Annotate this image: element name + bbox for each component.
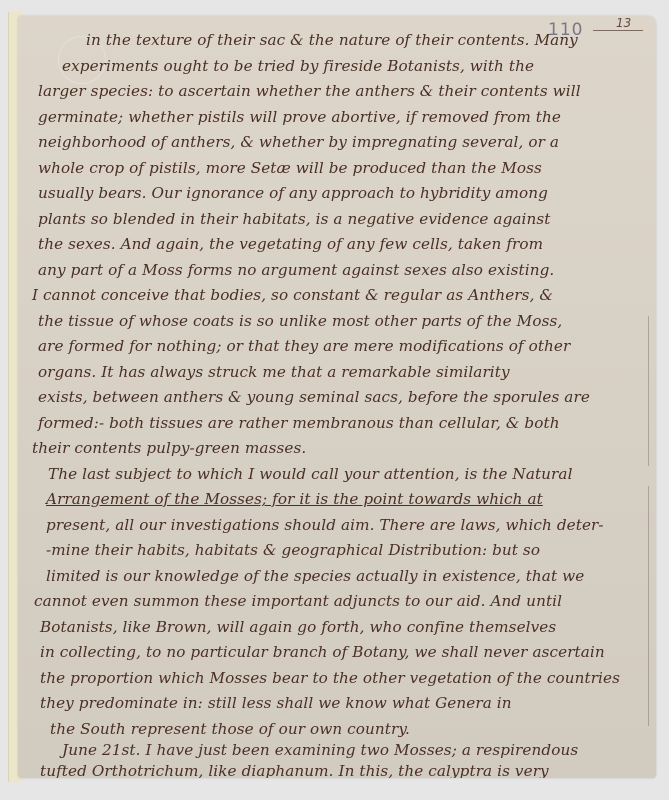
- text-line: the South represent those of our own cou…: [50, 719, 410, 739]
- text-line: present, all our investigations should a…: [46, 515, 604, 535]
- text-line: germinate; whether pistils will prove ab…: [38, 107, 561, 127]
- text-line: usually bears. Our ignorance of any appr…: [38, 183, 548, 203]
- text-line: plants so blended in their habitats, is …: [38, 209, 551, 229]
- text-line: neighborhood of anthers, & whether by im…: [38, 132, 559, 152]
- text-line: whole crop of pistils, more Setæ will be…: [38, 158, 542, 178]
- text-line: limited is our knowledge of the species …: [46, 566, 584, 586]
- text-line: the sexes. And again, the vegetating of …: [38, 234, 543, 254]
- text-line: larger species: to ascertain whether the…: [38, 81, 581, 101]
- text-line: their contents pulpy-green masses.: [32, 438, 306, 458]
- text-line: any part of a Moss forms no argument aga…: [38, 260, 554, 280]
- text-line: experiments ought to be tried by firesid…: [62, 56, 534, 76]
- text-line: are formed for nothing; or that they are…: [38, 336, 570, 356]
- manuscript-page: 110 13 in the texture of their sac & the…: [18, 16, 656, 778]
- text-line: Botanists, like Brown, will again go for…: [40, 617, 556, 637]
- text-line: cannot even summon these important adjun…: [34, 591, 562, 611]
- margin-pencil-rule: [648, 316, 649, 466]
- text-line: June 21st. I have just been examining tw…: [62, 740, 578, 760]
- text-line: formed:- both tissues are rather membran…: [38, 413, 560, 433]
- text-line: they predominate in: still less shall we…: [40, 693, 512, 713]
- text-line: tufted Orthotrichum, like diaphanum. In …: [40, 761, 549, 778]
- text-line: -mine their habits, habitats & geographi…: [46, 540, 540, 560]
- text-line: the proportion which Mosses bear to the …: [40, 668, 620, 688]
- text-line: Arrangement of the Mosses; for it is the…: [46, 489, 543, 509]
- folio-underline: [593, 30, 643, 31]
- text-line: The last subject to which I would call y…: [48, 464, 573, 484]
- text-line: exists, between anthers & young seminal …: [38, 387, 590, 407]
- folio-number-ink: 13: [616, 16, 631, 30]
- text-line: organs. It has always struck me that a r…: [38, 362, 510, 382]
- text-line: the tissue of whose coats is so unlike m…: [38, 311, 562, 331]
- margin-pencil-rule: [648, 486, 649, 726]
- text-line: in the texture of their sac & the nature…: [86, 30, 578, 50]
- text-line: I cannot conceive that bodies, so consta…: [32, 285, 553, 305]
- text-line: in collecting, to no particular branch o…: [40, 642, 605, 662]
